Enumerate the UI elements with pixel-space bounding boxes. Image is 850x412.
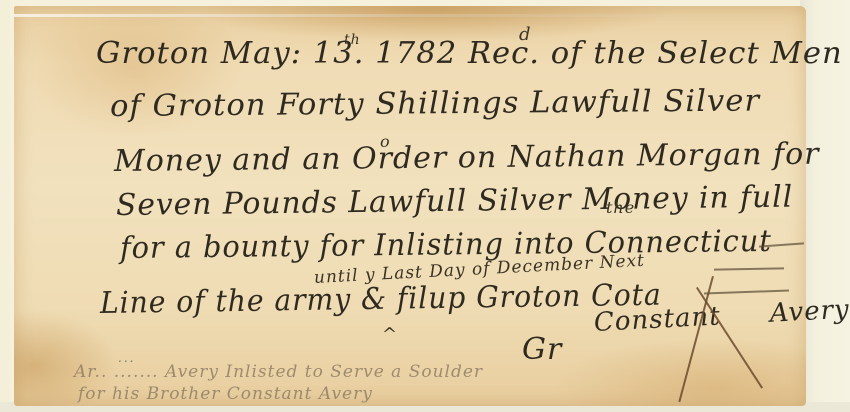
text-line-1: Groton May: 13. 1782 Rec. of the Select … bbox=[96, 36, 843, 71]
insertion-caret: ^ bbox=[382, 324, 398, 345]
text-line-6: Line of the army & filup Groton Cota bbox=[100, 278, 662, 321]
the-insert: the bbox=[606, 198, 635, 217]
footnote-line-1: Ar.. ....... Avery Inlisted to Serve a S… bbox=[74, 362, 483, 382]
signature-prefix: Gr bbox=[522, 332, 562, 367]
cross-mark-stroke-1 bbox=[678, 276, 714, 402]
text-line-5: for a bounty for Inlisting into Connecti… bbox=[120, 224, 772, 266]
scan-backing-left bbox=[0, 0, 10, 412]
footnote-line-2: for his Brother Constant Avery bbox=[78, 384, 373, 404]
document-paper: th d Groton May: 13. 1782 Rec. of the Se… bbox=[14, 6, 806, 406]
line-filler-dash-3 bbox=[704, 290, 789, 294]
line-filler-dash-2 bbox=[714, 267, 784, 270]
torn-edge bbox=[14, 14, 806, 17]
text-line-2: of Groton Forty Shillings Lawfull Silver bbox=[110, 83, 760, 124]
text-line-4: Seven Pounds Lawfull Silver Money in ful… bbox=[116, 180, 794, 223]
text-line-3: Money and an Order on Nathan Morgan for bbox=[114, 137, 820, 179]
